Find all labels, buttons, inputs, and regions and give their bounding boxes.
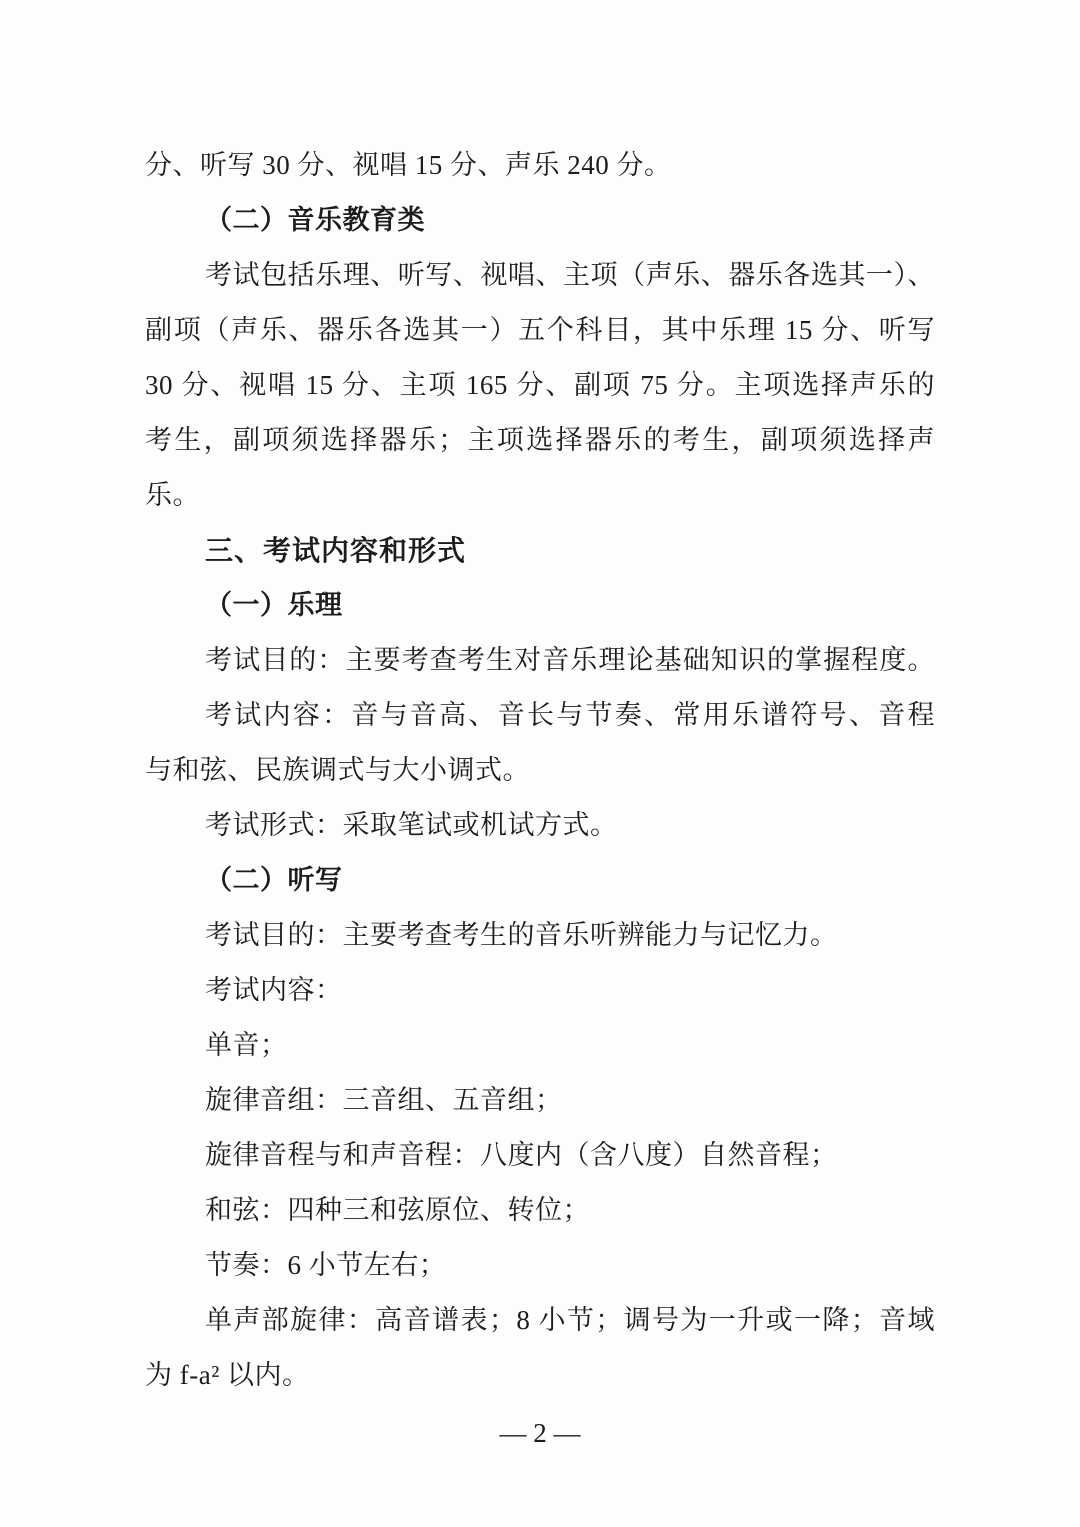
text-line: 三、考试内容和形式 <box>145 523 935 578</box>
text-line: 考试形式：采取笔试或机试方式。 <box>145 798 935 853</box>
text-line: 考试内容：音与音高、音长与节奏、常用乐谱符号、音程 <box>145 688 935 743</box>
text-line: （二）音乐教育类 <box>145 193 935 248</box>
text-line: 考试包括乐理、听写、视唱、主项（声乐、器乐各选其一）、 <box>145 248 935 303</box>
text-line: 节奏：6 小节左右； <box>145 1238 935 1293</box>
text-line: （二）听写 <box>145 853 935 908</box>
document-page: 分、听写 30 分、视唱 15 分、声乐 240 分。（二）音乐教育类考试包括乐… <box>0 0 1080 1527</box>
text-line: 考试目的：主要考查考生的音乐听辨能力与记忆力。 <box>145 908 935 963</box>
text-line: 和弦：四种三和弦原位、转位； <box>145 1183 935 1238</box>
page-number: — 2 — <box>0 1408 1080 1458</box>
text-line: 单声部旋律：高音谱表；8 小节；调号为一升或一降；音域 <box>145 1293 935 1348</box>
text-line: （一）乐理 <box>145 578 935 633</box>
text-lines: 分、听写 30 分、视唱 15 分、声乐 240 分。（二）音乐教育类考试包括乐… <box>145 138 935 1403</box>
text-line: 副项（声乐、器乐各选其一）五个科目，其中乐理 15 分、听写 <box>145 303 935 358</box>
text-line: 乐。 <box>145 468 935 523</box>
text-line: 旋律音程与和声音程：八度内（含八度）自然音程； <box>145 1128 935 1183</box>
text-line: 分、听写 30 分、视唱 15 分、声乐 240 分。 <box>145 138 935 193</box>
text-line: 考生，副项须选择器乐；主项选择器乐的考生，副项须选择声 <box>145 413 935 468</box>
text-line: 与和弦、民族调式与大小调式。 <box>145 743 935 798</box>
text-line: 旋律音组：三音组、五音组； <box>145 1073 935 1128</box>
text-line: 为 f-a² 以内。 <box>145 1348 935 1403</box>
text-line: 考试目的：主要考查考生对音乐理论基础知识的掌握程度。 <box>145 633 935 688</box>
text-line: 30 分、视唱 15 分、主项 165 分、副项 75 分。主项选择声乐的 <box>145 358 935 413</box>
text-line: 考试内容： <box>145 963 935 1018</box>
text-line: 单音； <box>145 1018 935 1073</box>
